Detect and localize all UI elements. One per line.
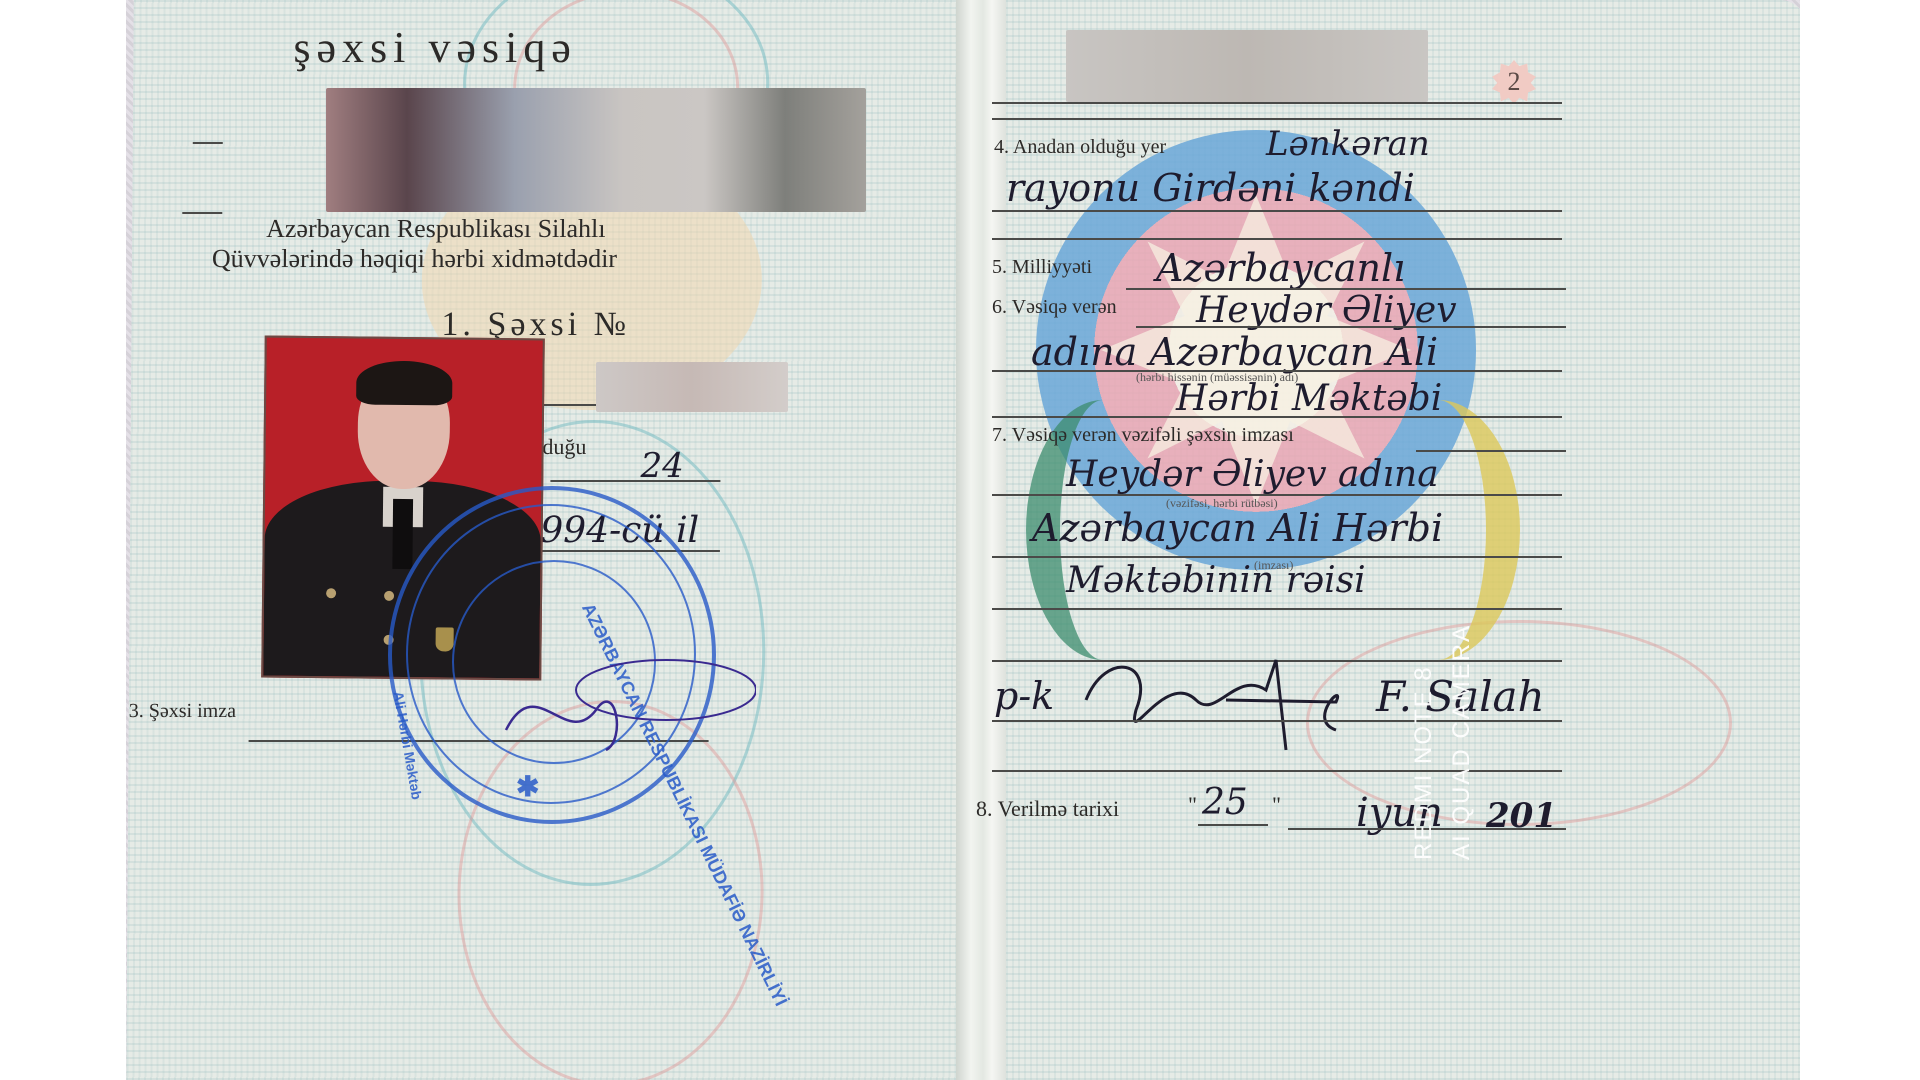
field-7-label: 7. Vəsiqə verən vəzifəli şəxsin imzası xyxy=(992,424,1294,447)
field-5-label: 5. Milliyyəti xyxy=(992,256,1092,279)
form-line xyxy=(1136,326,1566,328)
redacted-header-block xyxy=(1066,30,1428,102)
form-line xyxy=(992,118,1562,120)
form-line xyxy=(992,238,1562,240)
official-signature xyxy=(1076,640,1356,760)
form-line xyxy=(992,720,1562,722)
page-number: 2 xyxy=(1508,67,1521,97)
issuer-value-1: Heydər Əliyev xyxy=(1196,290,1457,331)
official-value-2: Azərbaycan Ali Hərbi xyxy=(1032,506,1443,550)
form-line xyxy=(992,770,1562,772)
service-line-1: Azərbaycan Respublikası Silahlı xyxy=(266,214,606,244)
form-line xyxy=(992,608,1562,610)
form-line xyxy=(992,416,1562,418)
form-line xyxy=(992,102,1562,104)
redacted-name-block xyxy=(326,88,866,212)
issue-day: 25 xyxy=(1202,782,1248,823)
document-photo: şəxsi vəsiqə Azərbaycan Respublikası Sil… xyxy=(126,0,1800,1080)
field-4-label: 4. Anadan olduğu yer xyxy=(994,136,1166,159)
quote-open: " xyxy=(1188,792,1197,818)
document-title: şəxsi vəsiqə xyxy=(293,22,577,73)
field-8-label: 8. Verilmə tarixi xyxy=(976,796,1119,822)
official-value-3: Məktəbinin rəisi xyxy=(1066,560,1366,601)
redacted-personal-number xyxy=(596,362,788,412)
form-line xyxy=(193,142,223,144)
uniform-button xyxy=(326,588,336,598)
service-line-2: Qüvvələrində həqiqi hərbi xidmətdədir xyxy=(212,244,617,274)
birthplace-value-2: rayonu Girdəni kəndi xyxy=(1006,166,1415,210)
hair xyxy=(356,361,452,406)
form-line xyxy=(992,210,1562,212)
birthplace-value-1: Lənkəran xyxy=(1266,124,1430,164)
issuer-value-3: Hərbi Məktəbi xyxy=(1176,378,1442,419)
form-line xyxy=(1416,450,1566,452)
issuer-value-2: adına Azərbaycan Ali xyxy=(1031,330,1438,374)
uniform-button xyxy=(384,591,394,601)
form-line xyxy=(550,480,720,482)
quote-close: " xyxy=(1272,792,1281,818)
form-line xyxy=(182,212,222,214)
camera-watermark-line-1: REDMI NOTE 8 xyxy=(1410,665,1438,860)
birth-day-value: 24 xyxy=(640,446,684,486)
field-3-label: 3. Şəxsi imza xyxy=(129,700,236,723)
official-value-1: Heydər Əliyev adına xyxy=(1066,454,1439,495)
nationality-value: Azərbaycanlı xyxy=(1156,246,1405,290)
camera-watermark-line-2: AI QUAD CAMERA xyxy=(1448,624,1476,860)
issue-year: 201 xyxy=(1486,796,1557,836)
field-6-label: 6. Vəsiqə verən xyxy=(992,296,1117,319)
tie xyxy=(392,499,413,569)
form-line xyxy=(1198,824,1268,826)
signature-prefix: p-k xyxy=(994,674,1054,718)
personal-signature xyxy=(496,650,756,760)
stamp-star-icon: ✱ xyxy=(516,770,539,803)
